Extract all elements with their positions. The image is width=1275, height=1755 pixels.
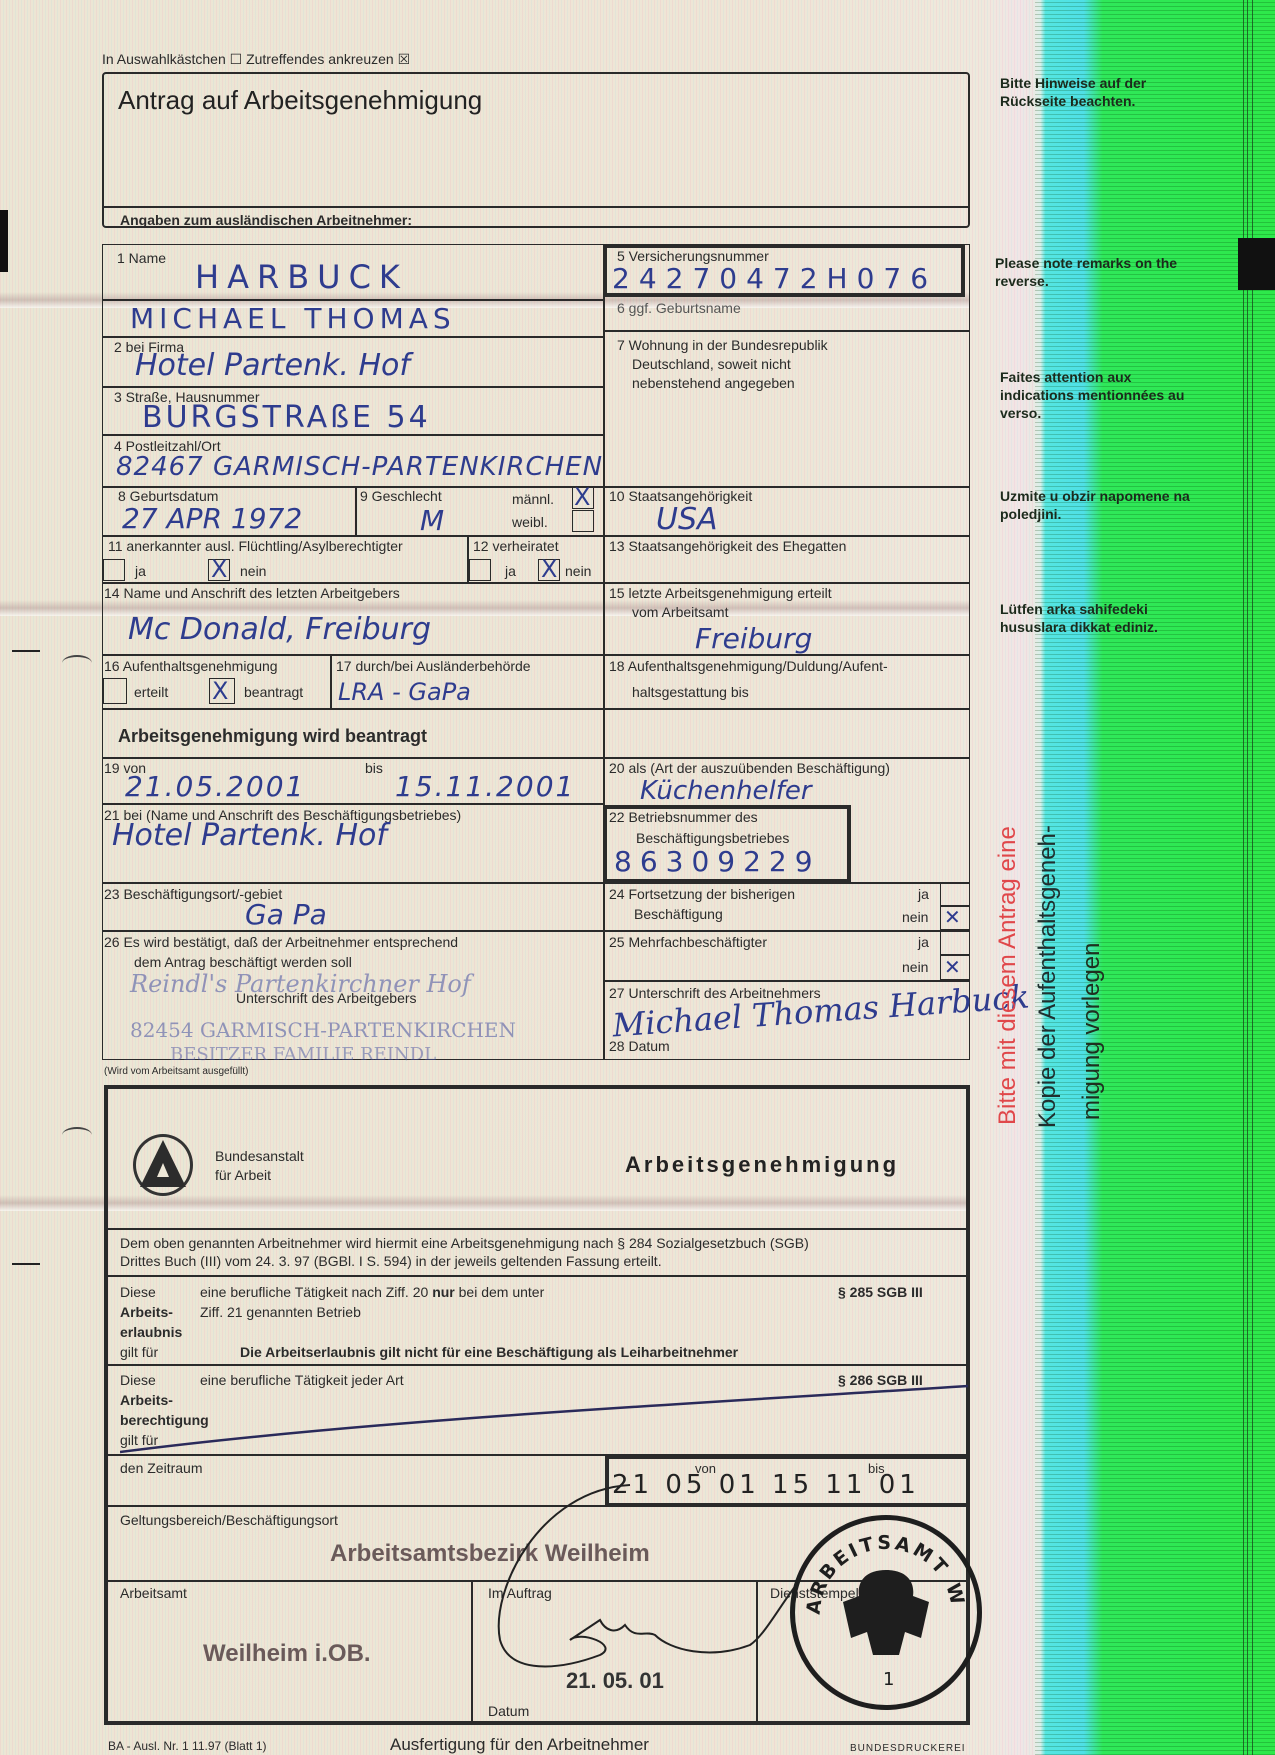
edge-mark (1238, 238, 1275, 290)
seal-number: 1 (883, 1669, 894, 1690)
erlaubnis-text-2: bei dem unter (459, 1284, 545, 1300)
office-value: Weilheim i.OB. (203, 1640, 371, 1668)
row-line (102, 336, 603, 338)
office-label: Arbeitsamt (120, 1585, 187, 1602)
field-firma-input[interactable]: Hotel Partenk. Hof (135, 348, 410, 383)
field-label-multiple-jobs: 25 Mehrfachbeschäftigter (609, 934, 767, 951)
field-label-continuation-1: 24 Fortsetzung der bisherigen (609, 886, 795, 903)
check-mark-icon: ✕ (944, 956, 961, 978)
date-stamp: 21. 05. 01 (566, 1668, 664, 1694)
field-workplace-input[interactable]: Hotel Partenk. Hof (112, 818, 387, 853)
continuation-option-nein: nein (902, 909, 928, 926)
page-title: Antrag auf Arbeitsgenehmigung (118, 85, 482, 115)
row-line (102, 582, 970, 584)
row-line (102, 757, 970, 759)
row-line (603, 980, 970, 982)
field-label-refugee: 11 anerkannter ausl. Flüchtling/Asylbere… (108, 538, 403, 555)
refugee-option-nein: nein (240, 563, 266, 580)
refugee-option-ja: ja (135, 563, 146, 580)
punch-hole (62, 655, 92, 671)
erlaubnis-text-3: Ziff. 21 genannten Betrieb (200, 1304, 361, 1321)
company-stamp-line2: 82454 GARMISCH-PARTENKIRCHEN (130, 1018, 516, 1042)
row-line (102, 486, 970, 488)
date-label: Datum (488, 1703, 529, 1720)
field-birthdate-input[interactable]: 27 APR 1972 (122, 502, 302, 535)
permit-intro-2: Drittes Buch (III) vom 24. 3. 97 (BGBl. … (120, 1253, 662, 1270)
row-line (102, 299, 603, 301)
field-label-last-employer: 14 Name und Anschrift des letzten Arbeit… (104, 585, 400, 602)
field-label-last-permit-1: 15 letzte Arbeitsgenehmigung erteilt (609, 585, 832, 602)
note-en: Please note remarks on the reverse. (995, 254, 1185, 290)
erlaubnis-w3: erlaubnis (120, 1324, 182, 1341)
field-label-continuation-2: Beschäftigung (634, 906, 723, 923)
checkbox-married-ja[interactable] (469, 559, 491, 581)
field-to-input[interactable]: 15.11.2001 (395, 770, 575, 803)
checkbox-multiple-ja[interactable] (940, 930, 970, 955)
field-gender-input[interactable]: M (420, 504, 444, 537)
field-label-occupation: 20 als (Art der auszuübenden Beschäftigu… (609, 760, 890, 777)
field-nationality-input[interactable]: USA (656, 502, 718, 537)
company-stamp-line3: BESITZER FAMILIE REINDL (170, 1044, 436, 1065)
erlaubnis-paragraph: § 285 SGB III (838, 1284, 923, 1301)
row-line (102, 654, 970, 656)
permit-option-erteilt: erteilt (134, 684, 168, 701)
married-option-ja: ja (505, 563, 516, 580)
field-label-authority: 17 durch/bei Ausländerbehörde (336, 658, 531, 675)
field-last-permit-input[interactable]: Freiburg (695, 622, 812, 655)
vertical-note-red: Bitte mit diesem Antrag eine (994, 826, 1022, 1125)
field-last-employer-input[interactable]: Mc Donald, Freiburg (128, 612, 431, 647)
field-label-residence-1: 7 Wohnung in der Bundesrepublik (617, 337, 828, 354)
field-label-last-permit-2: vom Arbeitsamt (632, 604, 728, 621)
cell-divider (355, 486, 357, 535)
field-label-to: bis (365, 760, 383, 777)
scope-label: Geltungsbereich/Beschäftigungsort (120, 1512, 338, 1529)
strike-through-line (120, 1380, 970, 1460)
note-tr: Lütfen arka sahifedeki hususlara dikkat … (1000, 600, 1195, 636)
erlaubnis-text: eine berufliche Tätigkeit nach Ziff. 20 … (200, 1284, 544, 1301)
field-label-birthname: 6 ggf. Geburtsname (617, 300, 741, 317)
divider (104, 1364, 970, 1366)
checkbox-permit-erteilt[interactable] (103, 678, 127, 704)
divider (102, 206, 970, 208)
office-use-note: (Wird vom Arbeitsamt ausgefüllt) (104, 1063, 249, 1080)
field-from-input[interactable]: 21.05.2001 (125, 770, 305, 803)
copy-label: Ausfertigung für den Arbeitnehmer (390, 1735, 649, 1755)
field-vorname-input[interactable]: MICHAEL THOMAS (130, 302, 456, 335)
gender-option-male: männl. (512, 491, 554, 508)
instruction-text: In Auswahlkästchen ☐ Zutreffendes ankreu… (102, 51, 410, 68)
field-label-permit-until-2: haltsgestattung bis (632, 684, 749, 701)
printer-label: BUNDESDRUCKEREI (850, 1740, 966, 1755)
field-label-employer-signature: Unterschrift des Arbeitgebers (236, 990, 417, 1007)
section-heading: Angaben zum ausländischen Arbeitnehmer: (120, 212, 412, 229)
field-label-confirmation-1: 26 Es wird bestätigt, daß der Arbeitnehm… (104, 934, 458, 951)
field-label-name: 1 Name (117, 250, 166, 267)
row-line (603, 330, 970, 332)
field-label-business-number-1: 22 Betriebsnummer des (609, 809, 758, 826)
form-number: BA - Ausl. Nr. 1 11.97 (Blatt 1) (108, 1738, 267, 1755)
row-line (102, 708, 970, 710)
field-business-number-input[interactable]: 86309229 (614, 845, 821, 878)
field-label-confirmation-2: dem Antrag beschäftigt werden soll (134, 954, 352, 971)
erlaubnis-text-1: eine berufliche Tätigkeit nach Ziff. 20 (200, 1284, 428, 1300)
divider (104, 1228, 970, 1230)
field-label-spouse-nationality: 13 Staatsangehörigkeit des Ehegatten (609, 538, 846, 555)
field-name-input[interactable]: HARBUCK (195, 258, 408, 296)
field-occupation-input[interactable]: Küchenhelfer (640, 776, 812, 806)
checkbox-continuation-ja[interactable] (940, 882, 970, 906)
note-fr: Faites attention aux indications mention… (1000, 368, 1195, 422)
field-street-input[interactable]: BURGSTRAßE 54 (142, 400, 431, 435)
cell-divider (330, 654, 332, 708)
field-city-input[interactable]: 82467 GARMISCH-PARTENKIRCHEN (116, 452, 603, 482)
row-line (102, 535, 970, 537)
multiple-option-nein: nein (902, 959, 928, 976)
punch-hole (62, 1127, 92, 1143)
permit-option-beantragt: beantragt (244, 684, 303, 701)
edge-mark (0, 210, 8, 272)
field-label-married: 12 verheiratet (473, 538, 559, 555)
check-mark-icon: ✕ (944, 906, 961, 928)
erlaubnis-w1: Diese (120, 1284, 156, 1301)
erlaubnis-w2: Arbeits- (120, 1304, 173, 1321)
agency-logo-icon (133, 1134, 193, 1196)
field-label-residence-2: Deutschland, soweit nicht (632, 356, 791, 373)
punch-mark (12, 650, 40, 652)
field-label-date: 28 Datum (609, 1038, 670, 1055)
divider (104, 1275, 970, 1277)
row-line (102, 930, 970, 932)
permit-intro-1: Dem oben genannten Arbeitnehmer wird hie… (120, 1235, 809, 1252)
agency-name-1: Bundesanstalt (215, 1148, 304, 1165)
field-label-permit-until-1: 18 Aufenthaltsgenehmigung/Duldung/Aufent… (609, 658, 888, 675)
erlaubnis-w4: gilt für (120, 1344, 158, 1361)
section-heading: Arbeitsgenehmigung wird beantragt (118, 728, 427, 745)
field-insurance-input[interactable]: 24270472H076 (612, 262, 937, 295)
column-divider (603, 244, 605, 1060)
erlaubnis-text-bold: nur (432, 1284, 455, 1300)
permit-title: Arbeitsgenehmigung (625, 1152, 899, 1178)
multiple-option-ja: ja (918, 934, 929, 951)
period-label: den Zeitraum (120, 1460, 202, 1477)
agency-name-2: für Arbeit (215, 1167, 271, 1184)
check-mark-icon: X (212, 680, 228, 702)
note-hr: Uzmite u obzir napomene na poledjini. (1000, 487, 1195, 523)
check-mark-icon: X (541, 558, 557, 580)
field-authority-input[interactable]: LRA - GaPa (338, 678, 471, 706)
note-de: Bitte Hinweise auf der Rückseite beachte… (1000, 74, 1180, 110)
row-line (102, 386, 603, 388)
married-option-nein: nein (565, 563, 591, 580)
check-mark-icon: X (574, 486, 590, 508)
vertical-note-dark-1: Kopie der Aufenthaltsgeneh- (1034, 825, 1062, 1128)
punch-mark (12, 1263, 40, 1265)
official-seal: ARBEITSAMT WEILHEIM 1 (790, 1515, 982, 1710)
erlaubnis-note: Die Arbeitserlaubnis gilt nicht für eine… (240, 1344, 738, 1361)
gender-option-female: weibl. (512, 514, 548, 531)
checkbox-refugee-ja[interactable] (103, 559, 125, 581)
field-location-input[interactable]: Ga Pa (245, 898, 327, 931)
checkbox-female[interactable] (572, 510, 594, 532)
vertical-note-dark-2: migung vorlegen (1078, 943, 1106, 1120)
check-mark-icon: X (211, 558, 227, 580)
field-label-residence-permit: 16 Aufenthaltsgenehmigung (104, 658, 278, 675)
row-line (102, 803, 603, 805)
continuation-option-ja: ja (918, 886, 929, 903)
field-label-residence-3: nebenstehend angegeben (632, 375, 795, 392)
field-label-gender: 9 Geschlecht (360, 488, 442, 505)
